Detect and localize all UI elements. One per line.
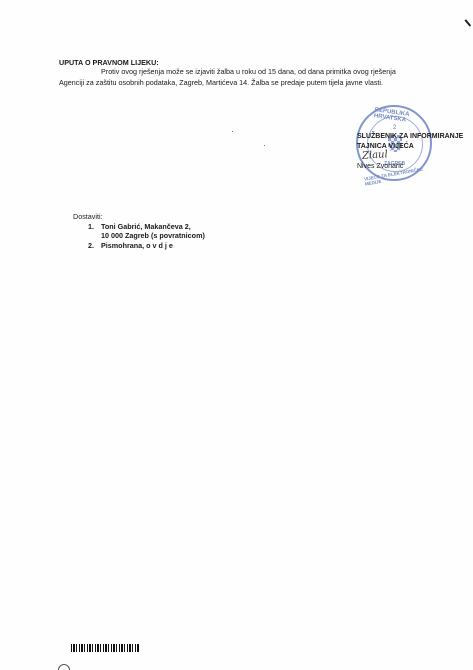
list-item-number: 2.: [88, 241, 94, 250]
scan-corner-mark: [465, 19, 471, 26]
signatory-title: SLUŽBENIK ZA INFORMIRANJE: [357, 132, 463, 141]
list-item-line: Toni Gabrić, Makančeva 2,: [101, 222, 191, 231]
document-page: UPUTA O PRAVNOM LIJEKU: Protiv ovog rješ…: [0, 0, 473, 670]
page-circle-mark: [58, 664, 70, 670]
list-item-number: 1.: [88, 222, 94, 231]
delivery-heading: Dostaviti:: [73, 212, 103, 221]
legal-remedy-line-2: Agenciji za zaštitu osobnih podataka, Za…: [59, 78, 383, 87]
legal-remedy-line-1: Protiv ovog rješenja može se izjaviti ža…: [101, 67, 396, 76]
list-item-line: Pismohrana, o v d j e: [101, 241, 173, 250]
stamp-number: 2: [393, 125, 396, 131]
handwritten-signature: Zlaul: [362, 149, 388, 162]
scan-speck: [264, 145, 265, 146]
barcode: [71, 644, 139, 652]
scan-speck: [232, 131, 233, 132]
list-item-line: 10 000 Zagreb (s povratnicom): [101, 231, 205, 240]
legal-remedy-heading: UPUTA O PRAVNOM LIJEKU:: [59, 58, 159, 67]
signatory-name: Nives Zvonarić: [357, 162, 403, 171]
